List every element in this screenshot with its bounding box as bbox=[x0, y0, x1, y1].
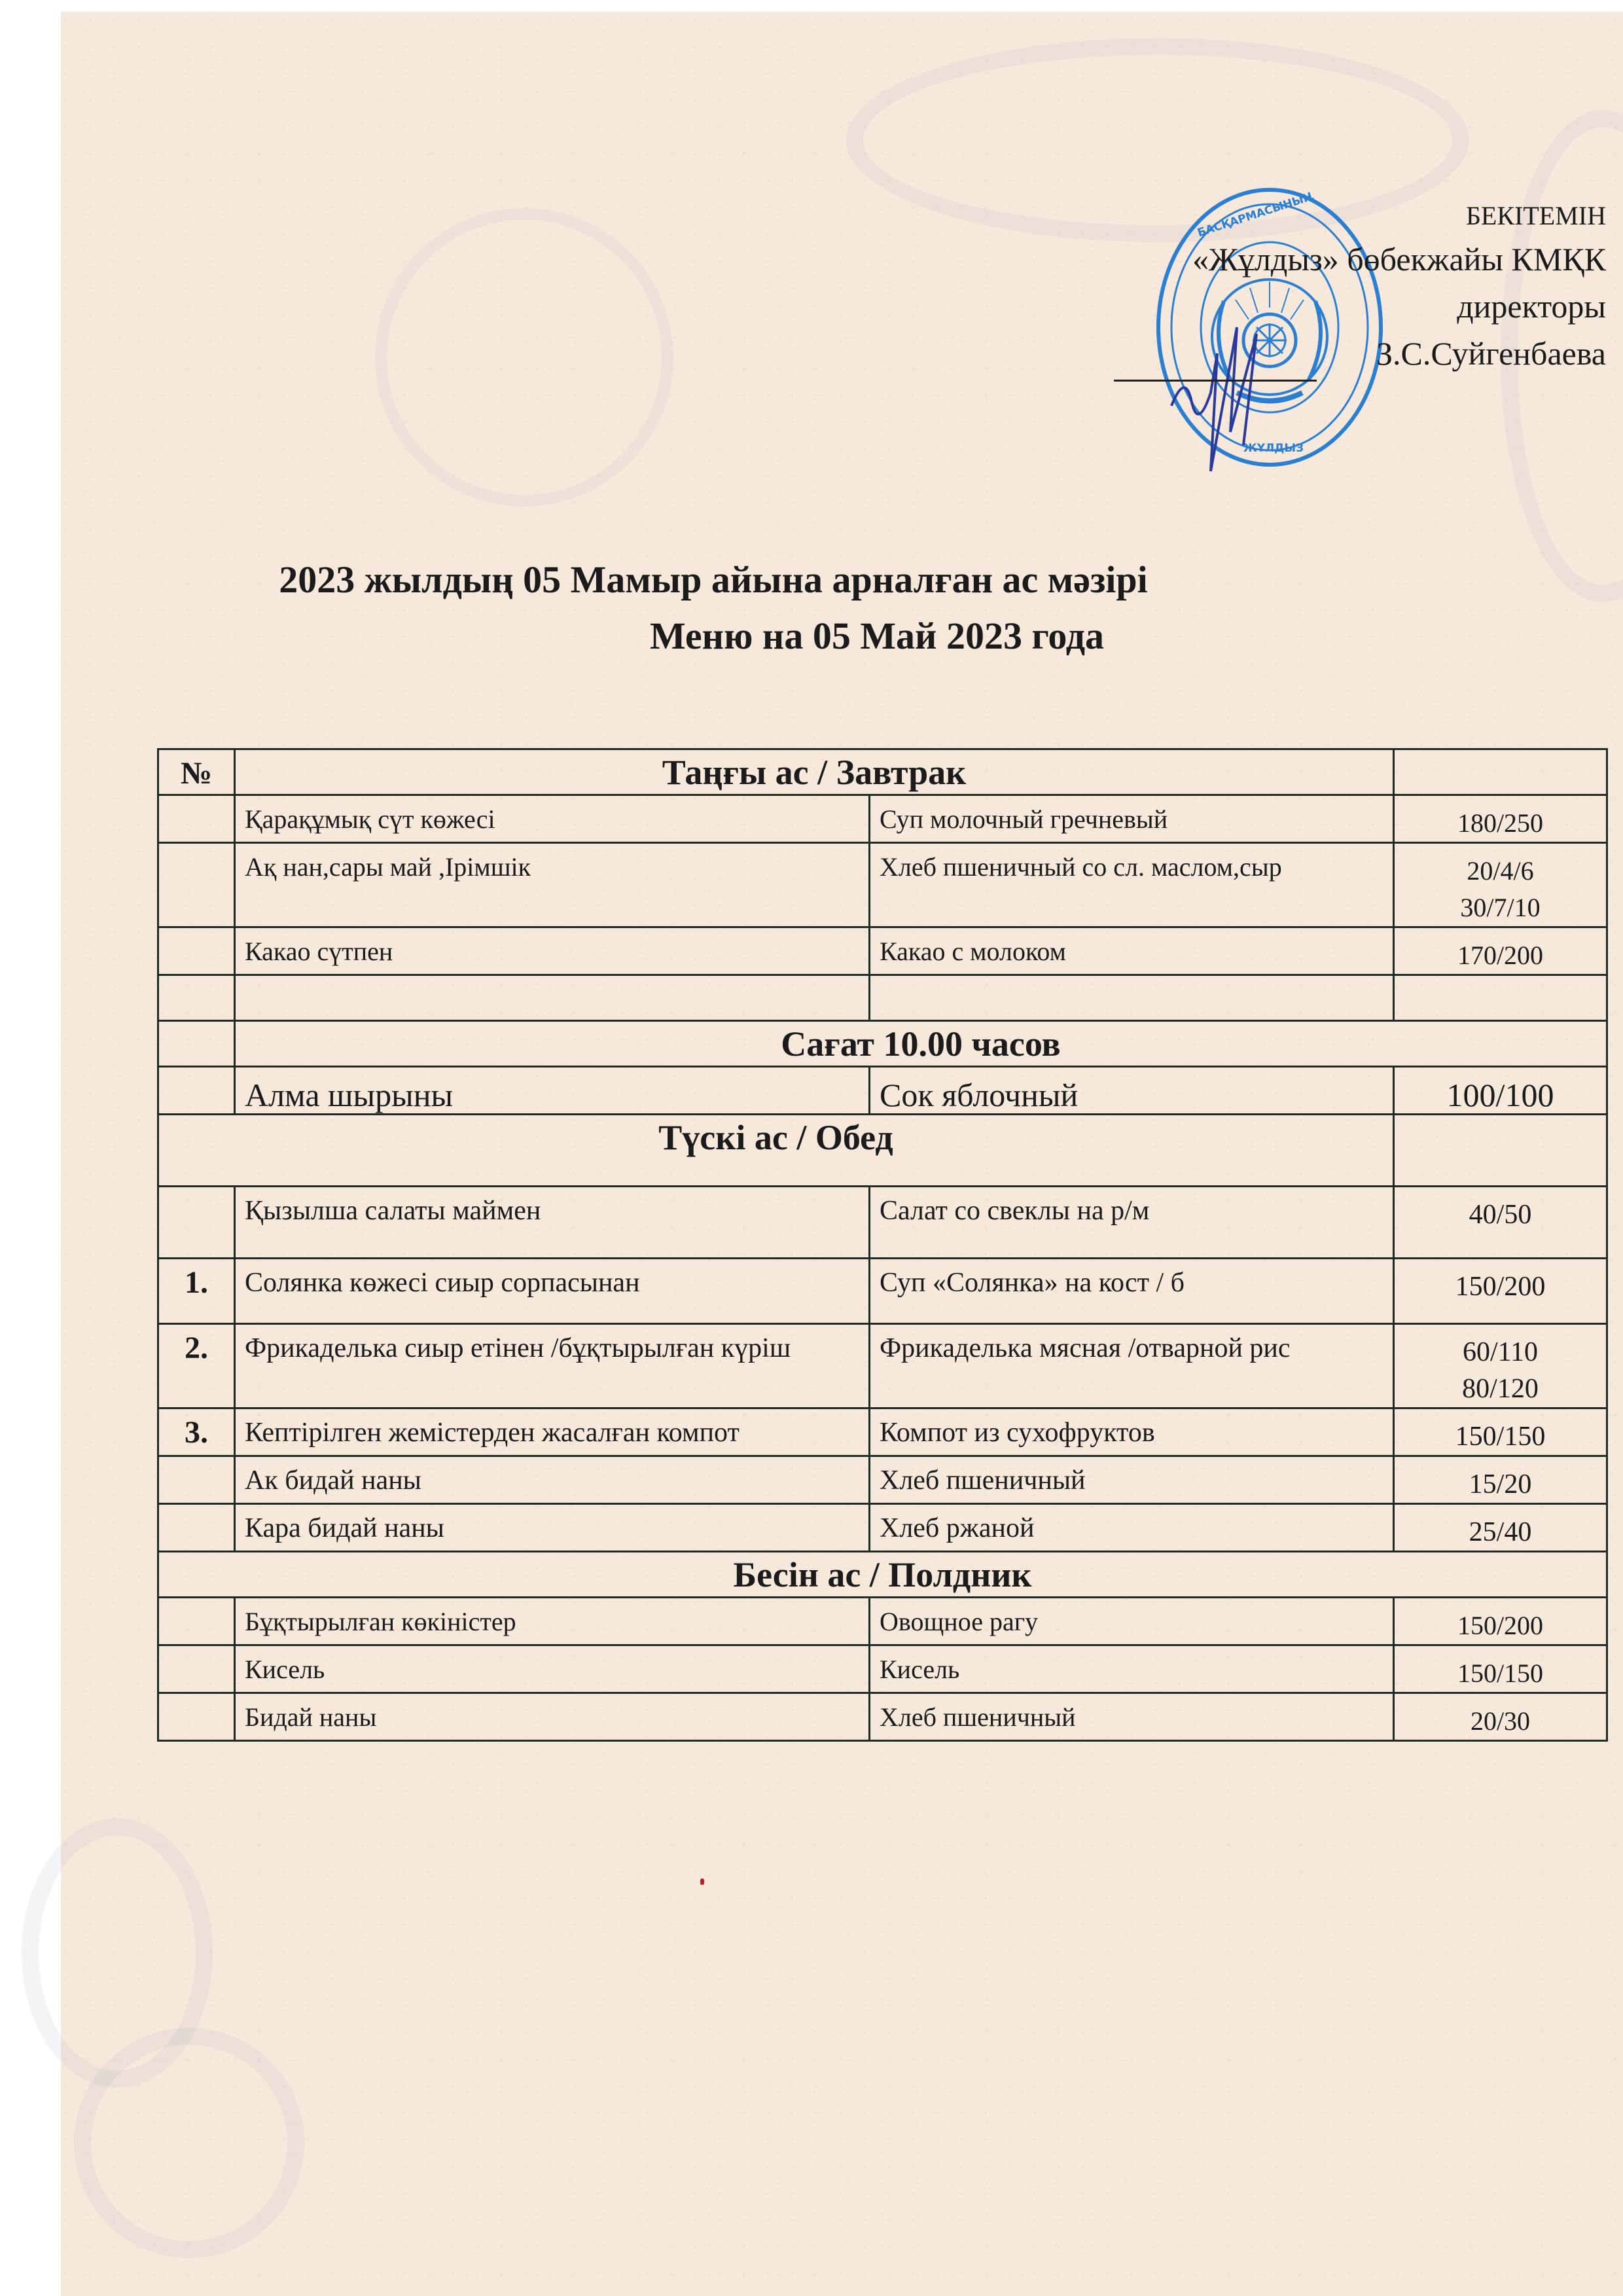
item-number bbox=[158, 1504, 235, 1552]
weight-value: 150/200 bbox=[1404, 1607, 1597, 1644]
weight-value: 25/40 bbox=[1404, 1514, 1597, 1551]
item-name-russian: Компот из сухофруктов bbox=[870, 1408, 1394, 1456]
weight-value: 170/200 bbox=[1404, 937, 1597, 974]
empty-cell bbox=[1394, 749, 1607, 795]
item-name-kazakh: Ак бидай наны bbox=[235, 1456, 870, 1504]
item-number: 1. bbox=[158, 1259, 235, 1324]
item-weight: 60/11080/120 bbox=[1394, 1324, 1607, 1408]
item-name-russian: Сок яблочный bbox=[870, 1067, 1394, 1115]
item-number bbox=[158, 1456, 235, 1504]
table-row: Қарақұмық сүт көжесіСуп молочный гречнев… bbox=[158, 795, 1607, 843]
weight-value: 100/100 bbox=[1404, 1077, 1597, 1113]
item-number bbox=[158, 843, 235, 927]
empty-cell bbox=[1394, 1115, 1607, 1187]
menu-table: №Таңғы ас / ЗавтракҚарақұмық сүт көжесіС… bbox=[157, 748, 1608, 1742]
weight-value: 60/110 bbox=[1404, 1334, 1597, 1371]
item-name-russian: Суп «Солянка» на кост / б bbox=[870, 1259, 1394, 1324]
item-weight: 20/4/630/7/10 bbox=[1394, 843, 1607, 927]
bleed-through-stamp bbox=[375, 208, 673, 507]
item-name-kazakh: Какао сүтпен bbox=[235, 927, 870, 975]
item-name-russian: Фрикаделька мясная /отварной рис bbox=[870, 1324, 1394, 1408]
table-row: Түскі ас / Обед bbox=[158, 1115, 1607, 1187]
item-name-kazakh: Қызылша салаты маймен bbox=[235, 1187, 870, 1259]
item-weight: 150/200 bbox=[1394, 1259, 1607, 1324]
item-name-kazakh: Қарақұмық сүт көжесі bbox=[235, 795, 870, 843]
item-name-russian: Какао с молоком bbox=[870, 927, 1394, 975]
item-name-kazakh bbox=[235, 975, 870, 1021]
item-number: 2. bbox=[158, 1324, 235, 1408]
item-number bbox=[158, 1187, 235, 1259]
approval-org: «Жұлдыз» бөбекжайы КМҚК bbox=[1192, 236, 1606, 283]
item-weight: 150/150 bbox=[1394, 1408, 1607, 1456]
item-name-kazakh: Кептірілген жемістерден жасалған компот bbox=[235, 1408, 870, 1456]
item-name-russian: Салат со свеклы на р/м bbox=[870, 1187, 1394, 1259]
item-name-russian: Овощное рагу bbox=[870, 1598, 1394, 1645]
item-name-kazakh: Кара бидай наны bbox=[235, 1504, 870, 1552]
item-name-russian: Хлеб пшеничный bbox=[870, 1456, 1394, 1504]
item-weight: 40/50 bbox=[1394, 1187, 1607, 1259]
item-name-kazakh: Кисель bbox=[235, 1645, 870, 1693]
weight-value: 20/4/6 bbox=[1404, 853, 1597, 889]
table-row: Бұқтырылған көкіністерОвощное рагу150/20… bbox=[158, 1598, 1607, 1645]
approval-name: З.С.Суйгенбаева bbox=[1192, 330, 1606, 377]
weight-value: 15/20 bbox=[1404, 1466, 1597, 1503]
weight-value: 150/150 bbox=[1404, 1418, 1597, 1455]
table-row: №Таңғы ас / Завтрак bbox=[158, 749, 1607, 795]
table-row: Бидай наныХлеб пшеничный20/30 bbox=[158, 1693, 1607, 1741]
ink-speck bbox=[700, 1878, 704, 1885]
item-number bbox=[158, 795, 235, 843]
item-name-russian: Кисель bbox=[870, 1645, 1394, 1693]
item-weight: 180/250 bbox=[1394, 795, 1607, 843]
number-header: № bbox=[158, 749, 235, 795]
weight-value: 40/50 bbox=[1404, 1196, 1597, 1233]
signature-line bbox=[1114, 380, 1317, 382]
empty-cell bbox=[158, 1021, 235, 1067]
item-weight: 100/100 bbox=[1394, 1067, 1607, 1115]
item-name-kazakh: Алма шырыны bbox=[235, 1067, 870, 1115]
table-row: КисельКисель150/150 bbox=[158, 1645, 1607, 1693]
weight-value: 150/150 bbox=[1404, 1655, 1597, 1692]
item-weight: 15/20 bbox=[1394, 1456, 1607, 1504]
table-row: Сағат 10.00 часов bbox=[158, 1021, 1607, 1067]
weight-value: 180/250 bbox=[1404, 805, 1597, 842]
item-number bbox=[158, 975, 235, 1021]
item-weight: 25/40 bbox=[1394, 1504, 1607, 1552]
table-row: Бесін ас / Полдник bbox=[158, 1552, 1607, 1598]
item-number bbox=[158, 927, 235, 975]
section-snack: Сағат 10.00 часов bbox=[235, 1021, 1607, 1067]
item-name-russian: Хлеб ржаной bbox=[870, 1504, 1394, 1552]
item-number bbox=[158, 1645, 235, 1693]
ornament-bottom-left-2 bbox=[74, 2028, 304, 2258]
item-weight: 150/150 bbox=[1394, 1645, 1607, 1693]
table-row: 3.Кептірілген жемістерден жасалған компо… bbox=[158, 1408, 1607, 1456]
title-kazakh: 2023 жылдың 05 Мамыр айына арналған ас м… bbox=[79, 558, 1348, 601]
table-row: Какао сүтпенКакао с молоком170/200 bbox=[158, 927, 1607, 975]
item-number bbox=[158, 1598, 235, 1645]
weight-value-alt: 30/7/10 bbox=[1404, 889, 1597, 926]
section-lunch: Түскі ас / Обед bbox=[158, 1115, 1394, 1187]
approval-position: директоры bbox=[1192, 283, 1606, 330]
item-name-russian: Суп молочный гречневый bbox=[870, 795, 1394, 843]
item-name-kazakh: Ақ нан,сары май ,Ірімшік bbox=[235, 843, 870, 927]
approval-label: БЕКІТЕМІН bbox=[1192, 196, 1606, 236]
title-russian: Меню на 05 Май 2023 года bbox=[471, 614, 1283, 658]
item-name-kazakh: Бидай наны bbox=[235, 1693, 870, 1741]
weight-value: 20/30 bbox=[1404, 1703, 1597, 1740]
item-name-russian bbox=[870, 975, 1394, 1021]
table-row: Кара бидай наныХлеб ржаной25/40 bbox=[158, 1504, 1607, 1552]
table-row: 2.Фрикаделька сиыр етінен /бұқтырылған к… bbox=[158, 1324, 1607, 1408]
item-weight: 170/200 bbox=[1394, 927, 1607, 975]
item-name-russian: Хлеб пшеничный со сл. маслом,сыр bbox=[870, 843, 1394, 927]
item-name-kazakh: Солянка көжесі сиыр сорпасынан bbox=[235, 1259, 870, 1324]
table-row: Алма шырыныСок яблочный100/100 bbox=[158, 1067, 1607, 1115]
section-breakfast: Таңғы ас / Завтрак bbox=[235, 749, 1394, 795]
weight-value-alt: 80/120 bbox=[1404, 1371, 1597, 1407]
item-number bbox=[158, 1067, 235, 1115]
item-weight: 20/30 bbox=[1394, 1693, 1607, 1741]
weight-value: 150/200 bbox=[1404, 1268, 1597, 1305]
table-row: Ақ нан,сары май ,ІрімшікХлеб пшеничный с… bbox=[158, 843, 1607, 927]
item-name-russian: Хлеб пшеничный bbox=[870, 1693, 1394, 1741]
approval-block: БЕКІТЕМІН «Жұлдыз» бөбекжайы КМҚК директ… bbox=[1192, 196, 1606, 377]
table-row bbox=[158, 975, 1607, 1021]
table-row: Қызылша салаты майменСалат со свеклы на … bbox=[158, 1187, 1607, 1259]
item-weight bbox=[1394, 975, 1607, 1021]
item-name-kazakh: Фрикаделька сиыр етінен /бұқтырылған күр… bbox=[235, 1324, 870, 1408]
table-row: 1.Солянка көжесі сиыр сорпасынанСуп «Сол… bbox=[158, 1259, 1607, 1324]
item-number: 3. bbox=[158, 1408, 235, 1456]
table-row: Ак бидай наныХлеб пшеничный15/20 bbox=[158, 1456, 1607, 1504]
item-name-kazakh: Бұқтырылған көкіністер bbox=[235, 1598, 870, 1645]
item-number bbox=[158, 1693, 235, 1741]
item-weight: 150/200 bbox=[1394, 1598, 1607, 1645]
section-afternoon: Бесін ас / Полдник bbox=[158, 1552, 1607, 1598]
